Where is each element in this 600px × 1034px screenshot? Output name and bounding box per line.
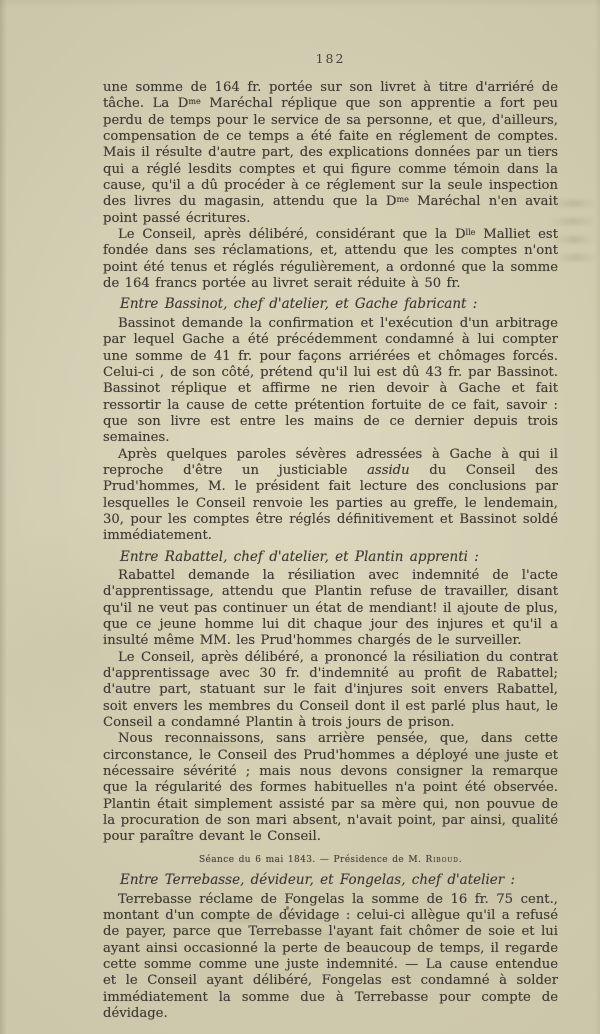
page-number: 182 (103, 51, 558, 66)
paragraph-terrebasse-case: Terrebasse réclame de Fongelas la somme … (103, 892, 558, 1023)
session-president-name: Riboud (426, 855, 459, 865)
session-text-suffix: . (459, 855, 462, 865)
session-header: Séance du 6 mai 1843. — Présidence de M.… (103, 852, 558, 868)
scanned-book-page: 182 une somme de 164 fr. portée sur son … (0, 0, 600, 1034)
case-heading-bassinot-gache: Entre Bassinot, chef d'atelier, et Gache… (103, 296, 558, 312)
paragraph-rabattel-ruling: Le Conseil, après délibéré, a prononcé l… (103, 650, 558, 732)
paragraph-conseil-decision-malliet: Le Conseil, après délibéré, considérant … (103, 227, 558, 292)
show-through-smudge (553, 236, 595, 243)
case-heading-rabattel-plantin: Entre Rabattel, chef d'atelier, et Plant… (103, 549, 558, 565)
case-heading-terrebasse-fongelas: Entre Terrebasse, dévideur, et Fongelas,… (103, 872, 558, 888)
paragraph-bassinot-claim: Bassinot demande la confirmation et l'ex… (103, 316, 558, 447)
paragraph-bassinot-ruling: Après quelques paroles sévères adressées… (103, 447, 558, 545)
italic-term: assidu (367, 463, 410, 478)
show-through-smudge (556, 254, 596, 261)
show-through-smudge (552, 200, 596, 207)
paragraph-marechal-continuation: une somme de 164 fr. portée sur son livr… (103, 80, 558, 227)
paragraph-editorial-remark: Nous reconnaissons, sans arrière pensée,… (103, 731, 558, 845)
session-date-text: Séance du 6 mai 1843. — Présidence de M. (199, 855, 426, 865)
paragraph-rabattel-claim: Rabattel demande la résiliation avec ind… (103, 568, 558, 650)
text-block: une somme de 164 fr. portée sur son livr… (103, 80, 558, 1022)
